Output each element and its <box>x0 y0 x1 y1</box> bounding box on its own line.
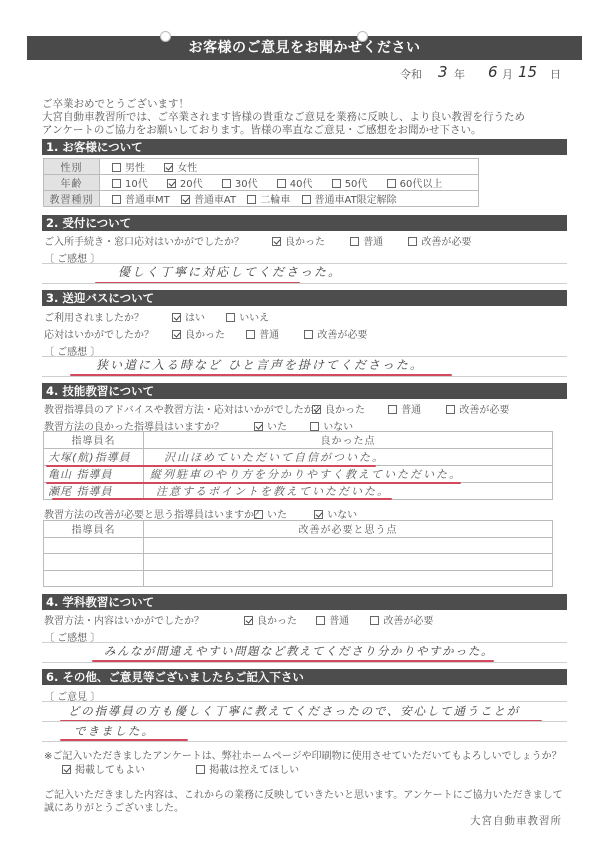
improvement-instructor-table: 指導員名 改善が必要と思う点 <box>43 520 553 587</box>
option-10s[interactable]: 10代 <box>112 175 148 190</box>
date-day[interactable]: 15 <box>518 63 537 81</box>
good-point-cell[interactable]: 縦列駐車のやり方を分かりやすく教えていただいた。 <box>144 465 553 482</box>
instructor-name-cell[interactable]: 大塚(航)指導員 <box>44 448 144 465</box>
option-30s[interactable]: 30代 <box>222 175 258 190</box>
form-title: お客様のご意見をお聞かせください <box>189 40 421 56</box>
checkbox-checked-icon[interactable] <box>62 765 71 774</box>
option-decline-publish[interactable]: 掲載は控えてほしい <box>196 764 299 777</box>
option-allow-publish[interactable]: 掲載してもよい <box>62 764 145 777</box>
pen-underline <box>46 482 461 484</box>
date-month[interactable]: 6 <box>488 63 498 81</box>
thanks-text: ご記入いただきました内容は、これからの業務に反映していきたいと思います。アンケー… <box>44 789 563 815</box>
other-comment-line-1[interactable]: どの指導員の方も優しく丁寧に教えてくださったので、安心して通うことが <box>68 703 520 719</box>
checkbox-icon[interactable] <box>350 237 359 246</box>
age-label: 年齢 <box>44 175 100 191</box>
improvement-point-cell[interactable] <box>144 570 553 587</box>
checkbox-icon[interactable] <box>388 405 397 414</box>
checkbox-checked-icon[interactable] <box>314 510 323 519</box>
checkbox-checked-icon[interactable] <box>254 422 263 431</box>
date-month-label: 月 <box>502 66 513 82</box>
date-year-label: 年 <box>454 66 465 82</box>
intro-line: ご卒業おめでとうございます！ <box>42 98 525 111</box>
punch-hole-icon <box>160 31 171 42</box>
table-row <box>44 554 553 571</box>
checkbox-icon[interactable] <box>112 163 121 172</box>
checkbox-icon[interactable] <box>387 179 396 188</box>
option-20s[interactable]: 20代 <box>167 175 203 190</box>
checkbox-icon[interactable] <box>112 179 121 188</box>
divider <box>42 701 567 702</box>
course-type-label: 教習種別 <box>44 191 100 207</box>
option-50s[interactable]: 50代 <box>332 175 368 190</box>
option-good[interactable]: 良かった <box>172 326 225 341</box>
instructor-name-cell[interactable]: 瀬尾 指導員 <box>44 482 144 499</box>
table-header-row: 指導員名 良かった点 <box>44 432 553 449</box>
checkbox-icon[interactable] <box>226 313 235 322</box>
bad-instructor-question: 教習方法の改善が必要と思う指導員はいますか？ いた いない <box>44 506 564 521</box>
instructor-name-cell[interactable] <box>44 570 144 587</box>
table-row: 大塚(航)指導員 沢山ほめていただいて自信がついた。 <box>44 448 553 465</box>
option-normal[interactable]: 普通 <box>246 326 279 341</box>
instructor-name-cell[interactable]: 亀山 指導員 <box>44 465 144 482</box>
option-40s[interactable]: 40代 <box>277 175 313 190</box>
table-row <box>44 537 553 554</box>
option-normal[interactable]: 普通 <box>388 401 421 416</box>
consent-question: ※ご記入いただきましたアンケートは、弊社ホームページや印刷物に使用させていただい… <box>44 750 562 763</box>
option-good[interactable]: 良かった <box>272 233 325 248</box>
option-60s-plus[interactable]: 60代以上 <box>387 175 443 190</box>
good-point-cell[interactable]: 注意するポイントを教えていただいた。 <box>144 482 553 499</box>
checkbox-checked-icon[interactable] <box>312 405 321 414</box>
checkbox-icon[interactable] <box>112 195 121 204</box>
classroom-question: 教習方法・内容はいかがでしたか？ 良かった 普通 改善が必要 <box>44 612 564 627</box>
divider <box>42 283 567 284</box>
bus-comment[interactable]: 狭い道に入る時など ひと言声を掛けてくださった。 <box>96 356 424 373</box>
option-needs-improvement[interactable]: 改善が必要 <box>304 326 367 341</box>
column-header: 指導員名 <box>44 432 144 449</box>
consent-options: 掲載してもよい 掲載は控えてほしい <box>62 764 315 777</box>
intro-line: アンケートのご協力をお願いしております。皆様の率直なご意見・ご感想をお聞かせ下さ… <box>42 124 525 137</box>
checkbox-icon[interactable] <box>247 195 256 204</box>
option-female[interactable]: 女性 <box>164 159 197 174</box>
option-at[interactable]: 普通車AT <box>181 191 236 206</box>
gender-row: 性別 男性 女性 <box>44 159 479 175</box>
checkbox-icon[interactable] <box>302 195 311 204</box>
bus-use-question: ご利用されましたか？ はい いいえ <box>44 309 564 324</box>
classroom-comment[interactable]: みんなが間違えやすい問題など教えてくださり分かりやすかった。 <box>104 643 494 659</box>
table-header-row: 指導員名 改善が必要と思う点 <box>44 521 553 538</box>
pen-underline <box>52 498 392 500</box>
divider <box>42 662 567 663</box>
section-3-header: 3. 送迎バスについて <box>42 290 567 306</box>
column-header: 指導員名 <box>44 521 144 538</box>
checkbox-checked-icon[interactable] <box>244 616 253 625</box>
checkbox-icon[interactable] <box>332 179 341 188</box>
section-1-header: 1. お客様について <box>42 139 567 155</box>
date-era: 令和 <box>400 66 422 82</box>
checkbox-icon[interactable] <box>222 179 231 188</box>
reception-comment[interactable]: 優しく丁寧に対応してくださった。 <box>118 263 342 280</box>
checkbox-icon[interactable] <box>277 179 286 188</box>
reception-question: ご入所手続き・窓口応対はいかがでしたか？ 良かった 普通 改善が必要 <box>44 233 564 248</box>
checkbox-icon[interactable] <box>304 330 313 339</box>
divider <box>42 721 567 722</box>
intro-line: 大宮自動車教習所では、ご卒業されます皆様の貴重なご意見を業務に反映し、より良い教… <box>42 111 525 124</box>
option-male[interactable]: 男性 <box>112 159 145 174</box>
instructor-name-cell[interactable] <box>44 554 144 571</box>
section-4-header: 4. 技能教習について <box>42 383 567 399</box>
table-row <box>44 570 553 587</box>
checkbox-icon[interactable] <box>370 616 379 625</box>
bad-instructor-options: いた いない <box>254 506 373 521</box>
other-comment-line-2[interactable]: できました。 <box>74 723 155 739</box>
checkbox-icon[interactable] <box>246 330 255 339</box>
divider <box>42 376 567 377</box>
option-good[interactable]: 良かった <box>244 612 297 627</box>
course-type-row: 教習種別 普通車MT 普通車AT 二輪車 普通車AT限定解除 <box>44 191 479 207</box>
date-day-label: 日 <box>550 66 561 82</box>
checkbox-checked-icon[interactable] <box>167 179 176 188</box>
date-row: 令和 3 年 6 月 15 日 <box>400 66 570 84</box>
date-year[interactable]: 3 <box>438 63 448 81</box>
checkbox-icon[interactable] <box>196 765 205 774</box>
option-yes[interactable]: いた <box>254 506 287 521</box>
skills-advice-options: 良かった 普通 改善が必要 <box>312 401 525 416</box>
checkbox-icon[interactable] <box>408 237 417 246</box>
section-6-header: 6. その他、ご意見等ございましたらご記入下さい <box>42 669 567 685</box>
bus-service-question: 応対はいかがでしたか？ 良かった 普通 改善が必要 <box>44 326 564 341</box>
option-no[interactable]: いない <box>314 506 357 521</box>
option-needs-improvement[interactable]: 改善が必要 <box>446 401 509 416</box>
bus-use-options: はい いいえ <box>172 309 285 324</box>
checkbox-checked-icon[interactable] <box>181 195 190 204</box>
thanks-line: 誠にありがとうございました。 <box>44 802 563 815</box>
customer-info-table: 性別 男性 女性 年齢 10代 20代 30代 40代 50代 60代以上 教習… <box>43 158 479 207</box>
checkbox-checked-icon[interactable] <box>172 313 181 322</box>
checkbox-checked-icon[interactable] <box>164 163 173 172</box>
option-needs-improvement[interactable]: 改善が必要 <box>370 612 433 627</box>
option-mt[interactable]: 普通車MT <box>112 191 170 206</box>
checkbox-icon[interactable] <box>254 510 263 519</box>
option-good[interactable]: 良かった <box>312 401 365 416</box>
section-5-header: 4. 学科教習について <box>42 594 567 610</box>
checkbox-checked-icon[interactable] <box>272 237 281 246</box>
section-2-header: 2. 受付について <box>42 215 567 231</box>
option-no[interactable]: いいえ <box>226 309 269 324</box>
option-normal[interactable]: 普通 <box>316 612 349 627</box>
thanks-line: ご記入いただきました内容は、これからの業務に反映していきたいと思います。アンケー… <box>44 789 563 802</box>
pen-underline <box>46 465 376 467</box>
improvement-point-cell[interactable] <box>144 537 553 554</box>
intro-text: ご卒業おめでとうございます！ 大宮自動車教習所では、ご卒業されます皆様の貴重なご… <box>42 98 525 137</box>
punch-hole-icon <box>357 31 368 42</box>
checkbox-checked-icon[interactable] <box>172 330 181 339</box>
column-header: 良かった点 <box>144 432 553 449</box>
bus-service-options: 良かった 普通 改善が必要 <box>172 326 383 341</box>
age-row: 年齢 10代 20代 30代 40代 50代 60代以上 <box>44 175 479 191</box>
signature: 大宮自動車教習所 <box>470 815 562 828</box>
checkbox-icon[interactable] <box>310 422 319 431</box>
option-motorcycle[interactable]: 二輪車 <box>247 191 290 206</box>
option-yes[interactable]: はい <box>172 309 205 324</box>
divider <box>42 741 567 742</box>
option-normal[interactable]: 普通 <box>350 233 383 248</box>
table-row: 瀬尾 指導員 注意するポイントを教えていただいた。 <box>44 482 553 499</box>
option-needs-improvement[interactable]: 改善が必要 <box>408 233 471 248</box>
gender-label: 性別 <box>44 159 100 175</box>
option-at-unlock[interactable]: 普通車AT限定解除 <box>302 191 397 206</box>
column-header: 改善が必要と思う点 <box>144 521 553 538</box>
instructor-name-cell[interactable] <box>44 537 144 554</box>
reception-options: 良かった 普通 改善が必要 <box>272 233 487 248</box>
good-point-cell[interactable]: 沢山ほめていただいて自信がついた。 <box>144 448 553 465</box>
classroom-options: 良かった 普通 改善が必要 <box>244 612 449 627</box>
skills-advice-question: 教習指導員のアドバイスや教習方法・応対はいかがでしたか？ 良かった 普通 改善が… <box>44 401 564 416</box>
checkbox-icon[interactable] <box>316 616 325 625</box>
improvement-point-cell[interactable] <box>144 554 553 571</box>
checkbox-icon[interactable] <box>446 405 455 414</box>
form-title-bar: お客様のご意見をお聞かせください <box>27 36 582 60</box>
table-row: 亀山 指導員 縦列駐車のやり方を分かりやすく教えていただいた。 <box>44 465 553 482</box>
